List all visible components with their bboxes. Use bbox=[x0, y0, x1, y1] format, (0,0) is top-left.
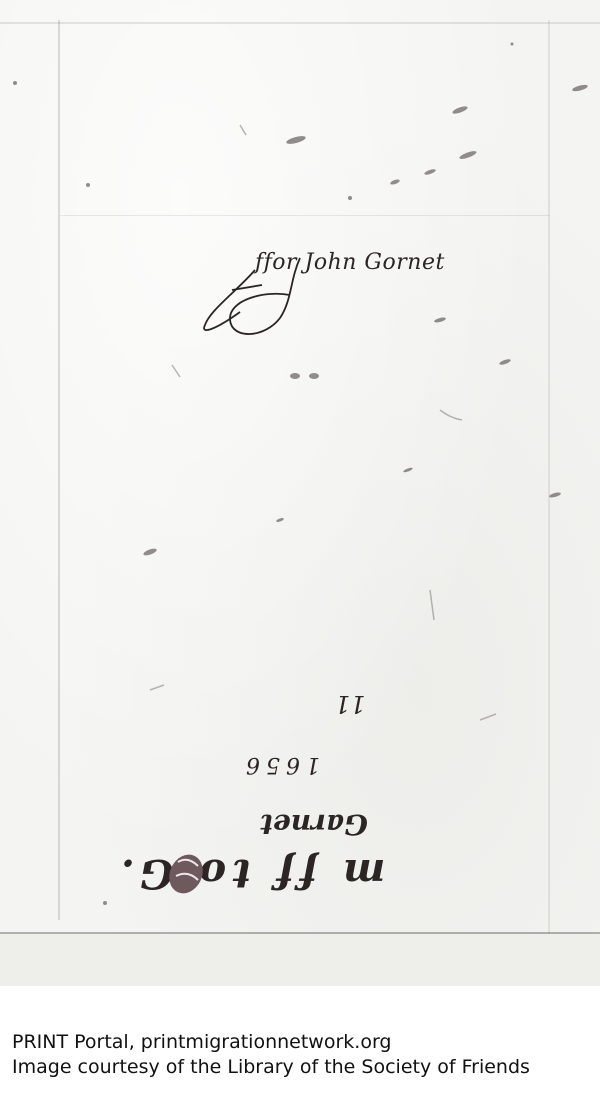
image-credit: PRINT Portal, printmigrationnetwork.org … bbox=[12, 1030, 530, 1080]
credit-portal: PRINT Portal, printmigrationnetwork.org bbox=[12, 1030, 530, 1055]
manuscript-scan: ffor John Gornet 11 1656 Garnet m ff to … bbox=[0, 0, 600, 986]
seal-stain bbox=[0, 0, 600, 986]
credit-library: Image courtesy of the Library of the Soc… bbox=[12, 1055, 530, 1080]
